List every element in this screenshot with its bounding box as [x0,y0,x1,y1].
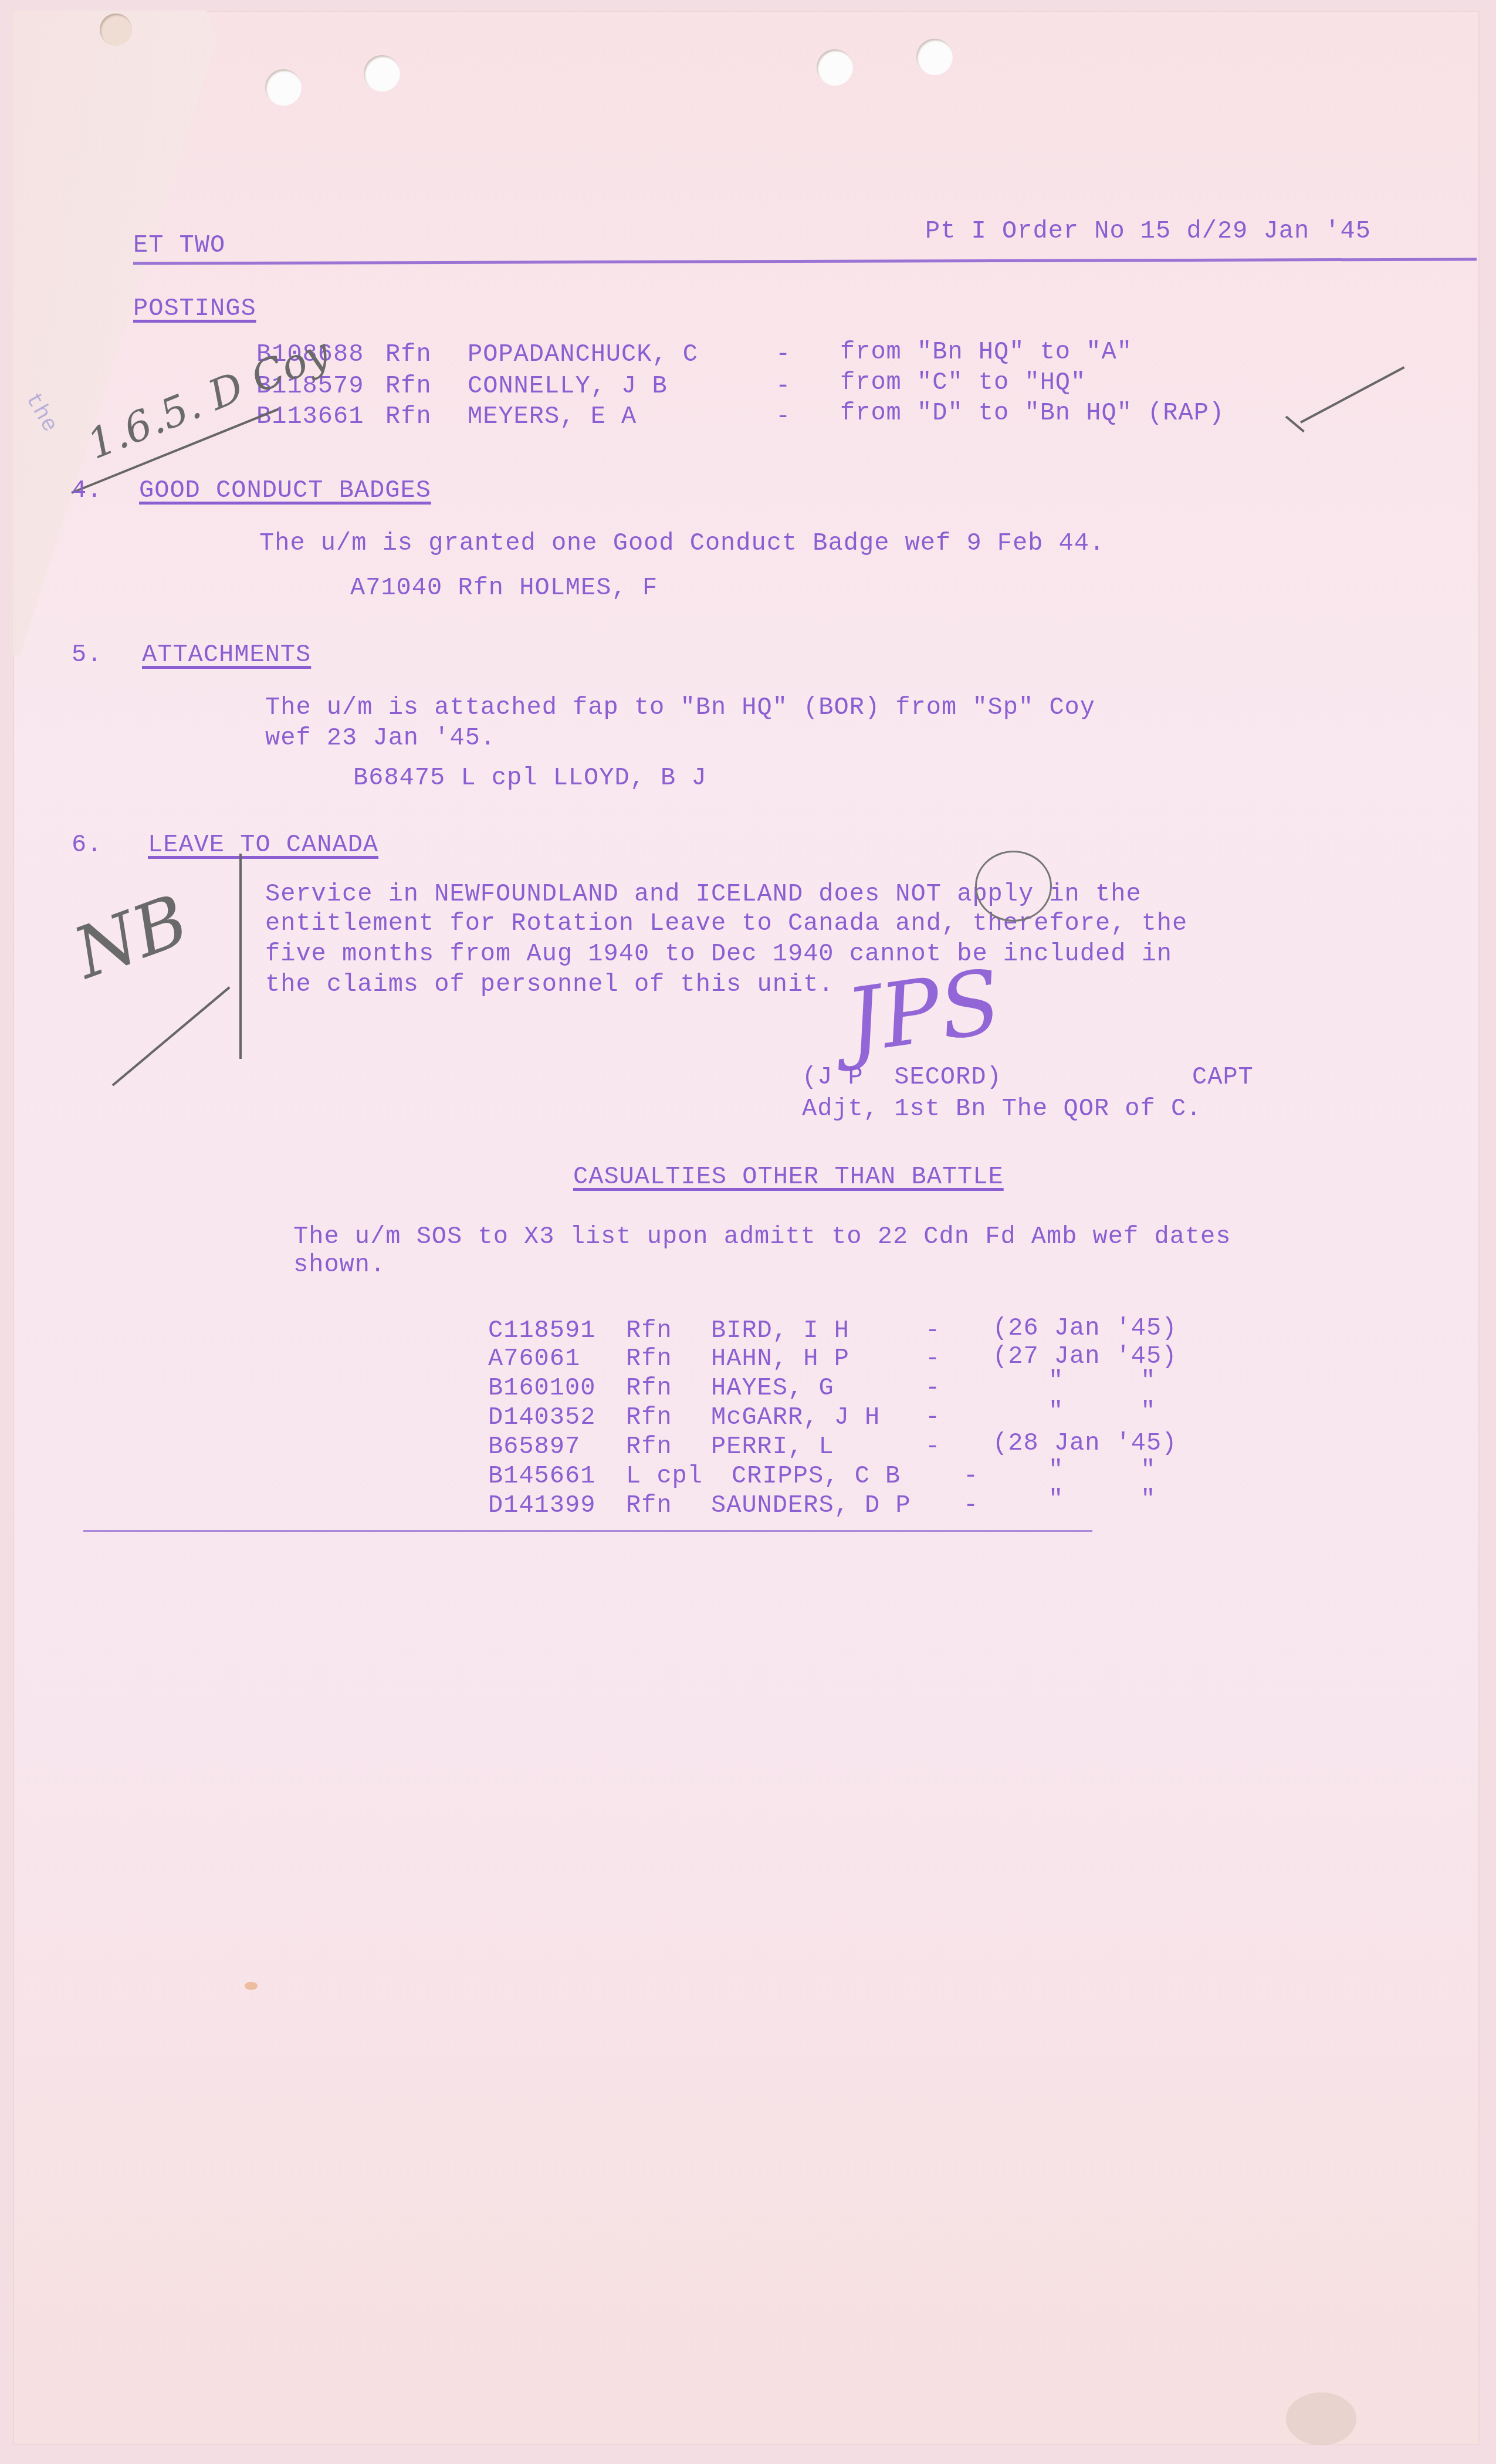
signatory-name: (J P SECORD) [802,1062,1002,1092]
soldier-name: SAUNDERS, D P [711,1490,911,1521]
postings-heading: POSTINGS [133,293,256,324]
leave-text: the claims of personnel of this unit. [265,969,834,1000]
rank: Rfn [626,1373,672,1403]
sheet-label: ET TWO [133,230,225,260]
rank: Rfn [626,1343,672,1374]
dash: - [776,339,791,370]
dash: - [963,1461,979,1491]
leave-text: five months from Aug 1940 to Dec 1940 ca… [265,939,1172,969]
check-mark-icon-stroke [1300,366,1404,423]
dash: - [776,401,791,432]
check-mark-icon [1285,415,1305,432]
folded-corner [13,11,225,656]
service-number: B113661 [256,401,364,432]
rank: Rfn [385,371,432,401]
attachments-text: The u/m is attached fap to "Bn HQ" (BOR)… [265,692,1095,723]
order-reference: Pt I Order No 15 d/29 Jan '45 [925,216,1371,246]
signature-scrawl: JPS [840,950,1007,1073]
soldier-name: BIRD, I H [711,1315,849,1346]
attachments-heading: ATTACHMENTS [142,639,311,670]
soldier-name: MEYERS, E A [468,401,637,432]
rank: Rfn [626,1402,672,1433]
casualties-intro: shown. [293,1250,385,1280]
rank: Rfn [626,1490,672,1521]
posting-detail: from "Bn HQ" to "A" [840,337,1132,367]
dash: - [925,1343,940,1374]
punch-hole [100,13,132,46]
admit-date: (28 Jan '45) [993,1428,1177,1458]
paper-stain [1286,2392,1356,2445]
dash: - [925,1315,940,1346]
admit-date-ditto: " " [1048,1396,1156,1427]
pencil-stroke [112,986,231,1086]
dash: - [963,1490,979,1521]
admit-date-ditto: " " [1048,1455,1156,1485]
soldier-name: PERRI, L [711,1431,834,1462]
margin-bar [239,854,242,1059]
casualties-heading: CASUALTIES OTHER THAN BATTLE [573,1162,1004,1192]
soldier-name: HAHN, H P [711,1343,849,1374]
admit-date-ditto: " " [1048,1366,1156,1396]
service-number: B145661 [488,1461,595,1491]
leave-heading: LEAVE TO CANADA [148,830,378,860]
rank: Rfn [385,401,432,432]
rank: Rfn [626,1431,672,1462]
dash: - [925,1402,940,1433]
service-number: B65897 [488,1431,580,1462]
soldier-name: HAYES, G [711,1373,834,1403]
dash: - [925,1431,940,1462]
section-number: 5. [72,639,102,670]
closing-rule [83,1530,1092,1532]
service-number: D140352 [488,1402,595,1433]
admit-date: (26 Jan '45) [993,1313,1177,1343]
punch-hole [364,55,400,92]
section-number: 4. [72,475,102,506]
service-number: D141399 [488,1490,595,1521]
header-rule [133,258,1477,265]
signatory-rank: CAPT [1192,1062,1254,1092]
circled-not [975,851,1052,922]
good-conduct-heading: GOOD CONDUCT BADGES [139,475,431,506]
good-conduct-person: A71040 Rfn HOLMES, F [350,573,658,603]
admit-date-ditto: " " [1048,1484,1156,1515]
service-number: A76061 [488,1343,580,1374]
paper-stain [245,1982,258,1990]
punch-hole [817,49,853,86]
punch-hole [916,39,953,75]
soldier-name: CRIPPS, C B [732,1461,901,1491]
signatory-appointment: Adjt, 1st Bn The QOR of C. [802,1094,1201,1124]
posting-detail: from "C" to "HQ" [840,367,1086,398]
dash: - [925,1373,940,1403]
margin-note-nb: NB [64,879,198,995]
section-number: 6. [72,830,102,860]
document-page: the ET TWO Pt I Order No 15 d/29 Jan '45… [13,11,1480,2445]
attachments-person: B68475 L cpl LLOYD, B J [353,763,707,793]
soldier-name: POPADANCHUCK, C [468,339,698,370]
rank: L cpl [626,1461,703,1491]
good-conduct-text: The u/m is granted one Good Conduct Badg… [259,528,1105,559]
soldier-name: McGARR, J H [711,1402,880,1433]
posting-detail: from "D" to "Bn HQ" (RAP) [840,398,1224,428]
service-number: C118591 [488,1315,595,1346]
soldier-name: CONNELLY, J B [468,371,668,401]
rank: Rfn [385,339,432,370]
attachments-text: wef 23 Jan '45. [265,723,496,753]
leave-text: entitlement for Rotation Leave to Canada… [265,908,1187,939]
punch-hole [265,69,302,106]
casualties-intro: The u/m SOS to X3 list upon admitt to 22… [293,1221,1231,1252]
dash: - [776,371,791,401]
rank: Rfn [626,1315,672,1346]
service-number: B160100 [488,1373,595,1403]
